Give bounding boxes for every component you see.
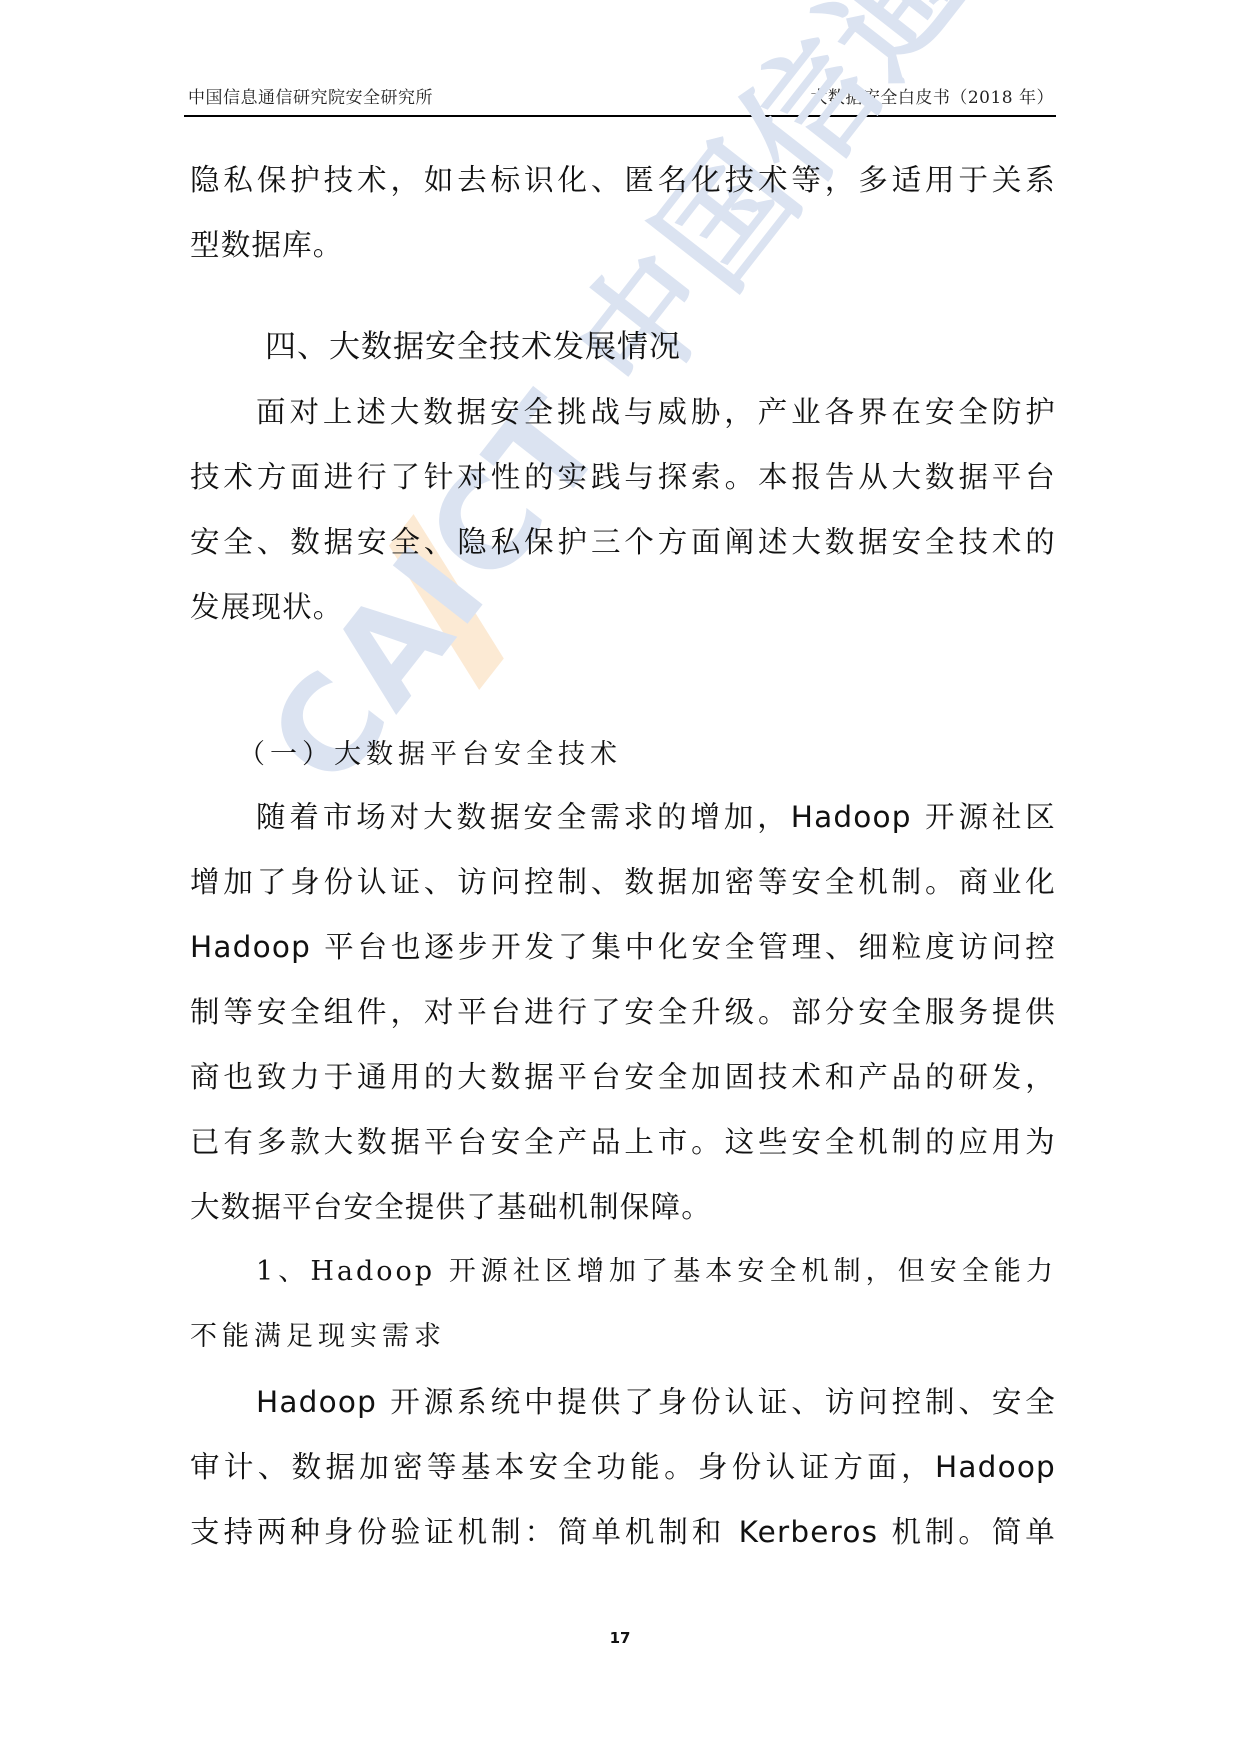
paragraph-line: 型数据库。 (190, 225, 1056, 265)
header-document-title: 大数据安全白皮书（2018 年） (810, 88, 1054, 108)
paragraph-line: 安全、数据安全、隐私保护三个方面阐述大数据安全技术的 (190, 522, 1056, 562)
document-page: 中国信息通信研究院安全研究所 大数据安全白皮书（2018 年） CAICT 中国… (0, 0, 1240, 1754)
paragraph-line: 发展现状。 (190, 587, 1056, 627)
paragraph-line: 技术方面进行了针对性的实践与探索。本报告从大数据平台 (190, 457, 1056, 497)
paragraph-line: 随着市场对大数据安全需求的增加，Hadoop 开源社区 (190, 797, 1056, 837)
paragraph-line: Hadoop 开源系统中提供了身份认证、访问控制、安全 (190, 1382, 1056, 1422)
section-heading: 四、大数据安全技术发展情况 (265, 327, 681, 367)
paragraph-line: 隐私保护技术，如去标识化、匿名化技术等，多适用于关系 (190, 160, 1056, 200)
paragraph-line: 商也致力于通用的大数据平台安全加固技术和产品的研发， (190, 1057, 1056, 1097)
header-organization: 中国信息通信研究院安全研究所 (188, 88, 433, 108)
paragraph-line: 大数据平台安全提供了基础机制保障。 (190, 1187, 1056, 1227)
subsection-heading: （一）大数据平台安全技术 (238, 735, 622, 775)
paragraph-line: 已有多款大数据平台安全产品上市。这些安全机制的应用为 (190, 1122, 1056, 1162)
paragraph-line: 审计、数据加密等基本安全功能。身份认证方面，Hadoop (190, 1447, 1056, 1487)
paragraph-line: 面对上述大数据安全挑战与威胁，产业各界在安全防护 (190, 392, 1056, 432)
header-divider (184, 115, 1056, 117)
paragraph-line: 增加了身份认证、访问控制、数据加密等安全机制。商业化 (190, 862, 1056, 902)
paragraph-line: Hadoop 平台也逐步开发了集中化安全管理、细粒度访问控 (190, 927, 1056, 967)
paragraph-line: 制等安全组件，对平台进行了安全升级。部分安全服务提供 (190, 992, 1056, 1032)
paragraph-line: 支持两种身份验证机制：简单机制和 Kerberos 机制。简单 (190, 1512, 1056, 1552)
numbered-heading: 1、Hadoop 开源社区增加了基本安全机制，但安全能力 (190, 1252, 1056, 1292)
page-number: 17 (0, 1629, 1240, 1647)
numbered-heading-continuation: 不能满足现实需求 (190, 1317, 446, 1357)
